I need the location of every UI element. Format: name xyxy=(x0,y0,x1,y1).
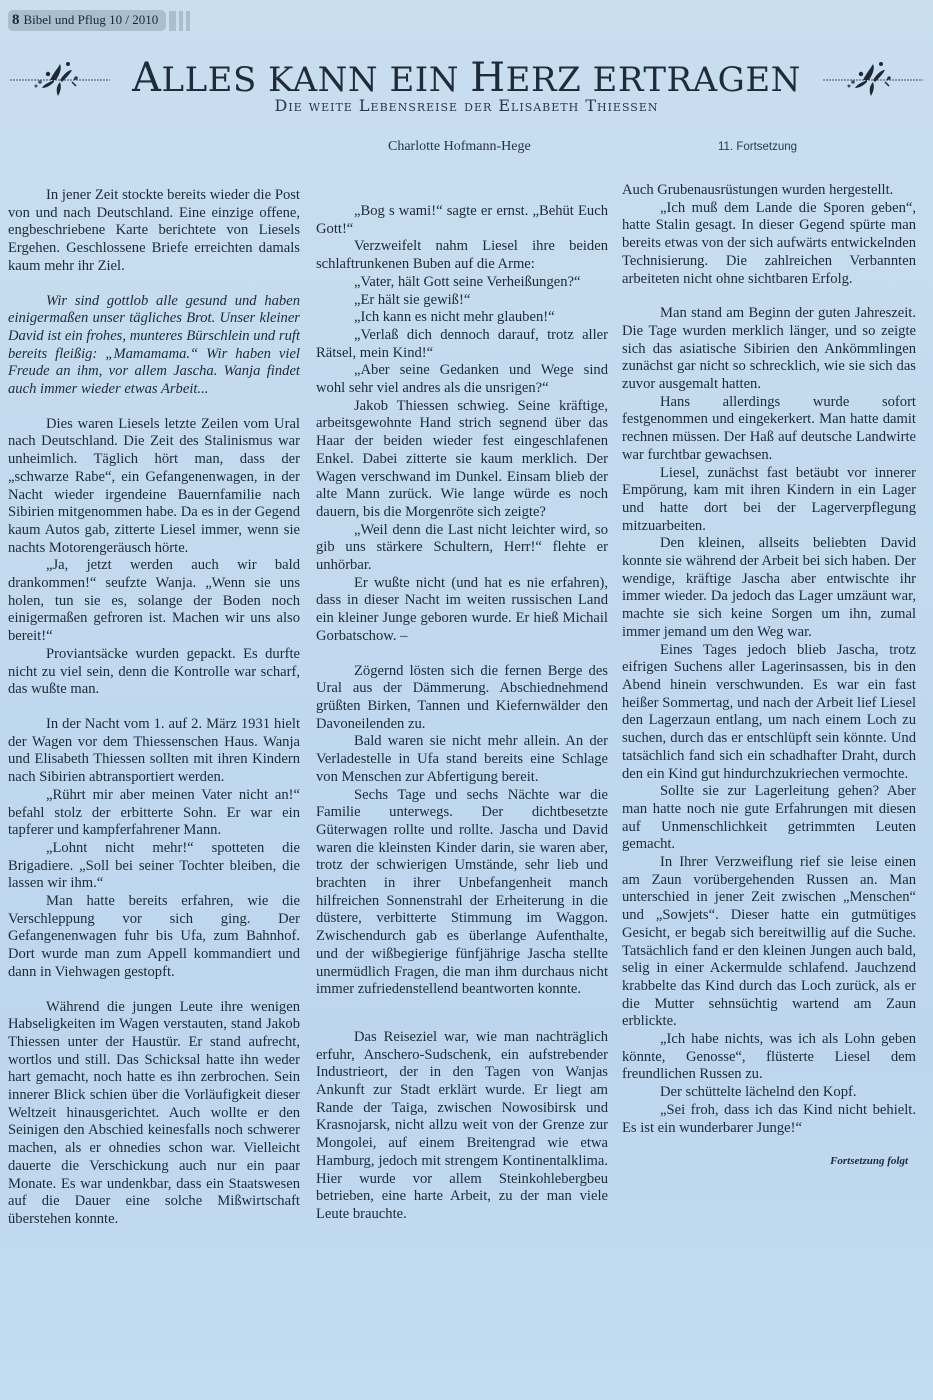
title-segment-erz: ERZ xyxy=(506,60,582,100)
floral-ornament-icon xyxy=(10,58,110,98)
paragraph: Verzweifelt nahm Liesel ihre beiden schl… xyxy=(316,238,608,273)
paragraph: „Weil denn die Last nicht leichter wird,… xyxy=(316,522,608,575)
paragraph: „Sei froh, dass ich das Kind nicht behie… xyxy=(622,1102,916,1137)
text-column-2: „Bog s wami!“ sagte er ernst. „Behüt Euc… xyxy=(316,203,608,1224)
paragraph: Der schüttelte lächelnd den Kopf. xyxy=(622,1084,916,1102)
decor-bar xyxy=(169,11,176,31)
floral-ornament-icon xyxy=(823,58,923,98)
paragraph: Liesel, zunächst fast betäubt vor innere… xyxy=(622,465,916,536)
installment-label: 11. Fortsetzung xyxy=(718,141,797,153)
paragraph: „Ich kann es nicht mehr glauben!“ xyxy=(316,309,608,327)
paragraph: „Ich muß dem Lande die Sporen geben“, ha… xyxy=(622,200,916,289)
article-title: ALLES KANN EIN HERZ ERTRAGEN xyxy=(132,55,801,101)
title-initial-a: A xyxy=(132,55,161,101)
running-header: 8 Bibel und Pflug 10 / 2010 xyxy=(8,10,190,31)
title-initial-h: H xyxy=(470,55,505,101)
paragraph: „Er hält sie gewiß!“ xyxy=(316,292,608,310)
page-number: 8 xyxy=(12,12,20,29)
paragraph: Bald waren sie nicht mehr allein. An der… xyxy=(316,733,608,786)
paragraph: Während die jungen Leute ihre wenigen Ha… xyxy=(8,999,300,1229)
paragraph: „Ich habe nichts, was ich als Lohn geben… xyxy=(622,1031,916,1084)
paragraph: In jener Zeit stockte bereits wieder die… xyxy=(8,187,300,276)
paragraph: Den kleinen, allseits beliebten David ko… xyxy=(622,535,916,641)
paragraph: Zögernd lösten sich die fernen Berge des… xyxy=(316,663,608,734)
text-column-1: In jener Zeit stockte bereits wieder die… xyxy=(8,187,300,1229)
publication-badge: 8 Bibel und Pflug 10 / 2010 xyxy=(8,10,166,31)
paragraph: „Ja, jetzt werden auch wir bald drankomm… xyxy=(8,557,300,646)
paragraph: „Verlaß dich dennoch darauf, trotz aller… xyxy=(316,327,608,362)
title-segment: LLES KANN EIN xyxy=(161,60,470,100)
continuation-note: Fortsetzung folgt xyxy=(622,1153,916,1171)
paragraph: Das Reiseziel war, wie man nachträglich … xyxy=(316,1029,608,1224)
paragraph: Eines Tages jedoch blieb Jascha, trotz e… xyxy=(622,642,916,784)
paragraph: Sollte sie zur Lagerleitung gehen? Aber … xyxy=(622,783,916,854)
article-subtitle: Die weite Lebensreise der Elisabeth Thie… xyxy=(0,96,933,115)
decor-bar xyxy=(186,11,190,31)
article-author: Charlotte Hofmann-Hege xyxy=(388,139,531,155)
paragraph: Man stand am Beginn der guten Jahreszeit… xyxy=(622,305,916,394)
paragraph: Dies waren Liesels letzte Zeilen vom Ura… xyxy=(8,416,300,558)
paragraph: „Aber seine Gedanken und Wege sind wohl … xyxy=(316,362,608,397)
paragraph: In der Nacht vom 1. auf 2. März 1931 hie… xyxy=(8,716,300,787)
paragraph: „Rührt mir aber meinen Vater nicht an!“ … xyxy=(8,787,300,840)
title-row: ALLES KANN EIN HERZ ERTRAGEN xyxy=(0,55,933,101)
paragraph: „Bog s wami!“ sagte er ernst. „Behüt Euc… xyxy=(316,203,608,238)
paragraph: Auch Grubenausrüstungen wurden hergestel… xyxy=(622,182,916,200)
title-segment: ERTRAGEN xyxy=(581,60,801,100)
decor-bar xyxy=(179,11,183,31)
paragraph: Proviantsäcke wurden gepackt. Es durfte … xyxy=(8,646,300,699)
quoted-letter: Wir sind gottlob alle gesund und haben e… xyxy=(8,293,300,399)
header-decoration-bars xyxy=(169,11,190,31)
paragraph: Sechs Tage und sechs Nächte war die Fami… xyxy=(316,787,608,999)
paragraph: Hans allerdings wurde sofort festgenomme… xyxy=(622,394,916,465)
text-column-3: Auch Grubenausrüstungen wurden hergestel… xyxy=(622,182,916,1171)
paragraph: Er wußte nicht (und hat es nie erfahren)… xyxy=(316,575,608,646)
paragraph: „Lohnt nicht mehr!“ spotteten die Brigad… xyxy=(8,840,300,893)
paragraph: „Vater, hält Gott seine Verheißungen?“ xyxy=(316,274,608,292)
publication-name: Bibel und Pflug 10 / 2010 xyxy=(24,12,159,28)
paragraph: In Ihrer Verzweiflung rief sie leise ein… xyxy=(622,854,916,1031)
paragraph: Jakob Thiessen schwieg. Seine kräftige, … xyxy=(316,398,608,522)
paragraph: Man hatte bereits erfahren, wie die Vers… xyxy=(8,893,300,982)
